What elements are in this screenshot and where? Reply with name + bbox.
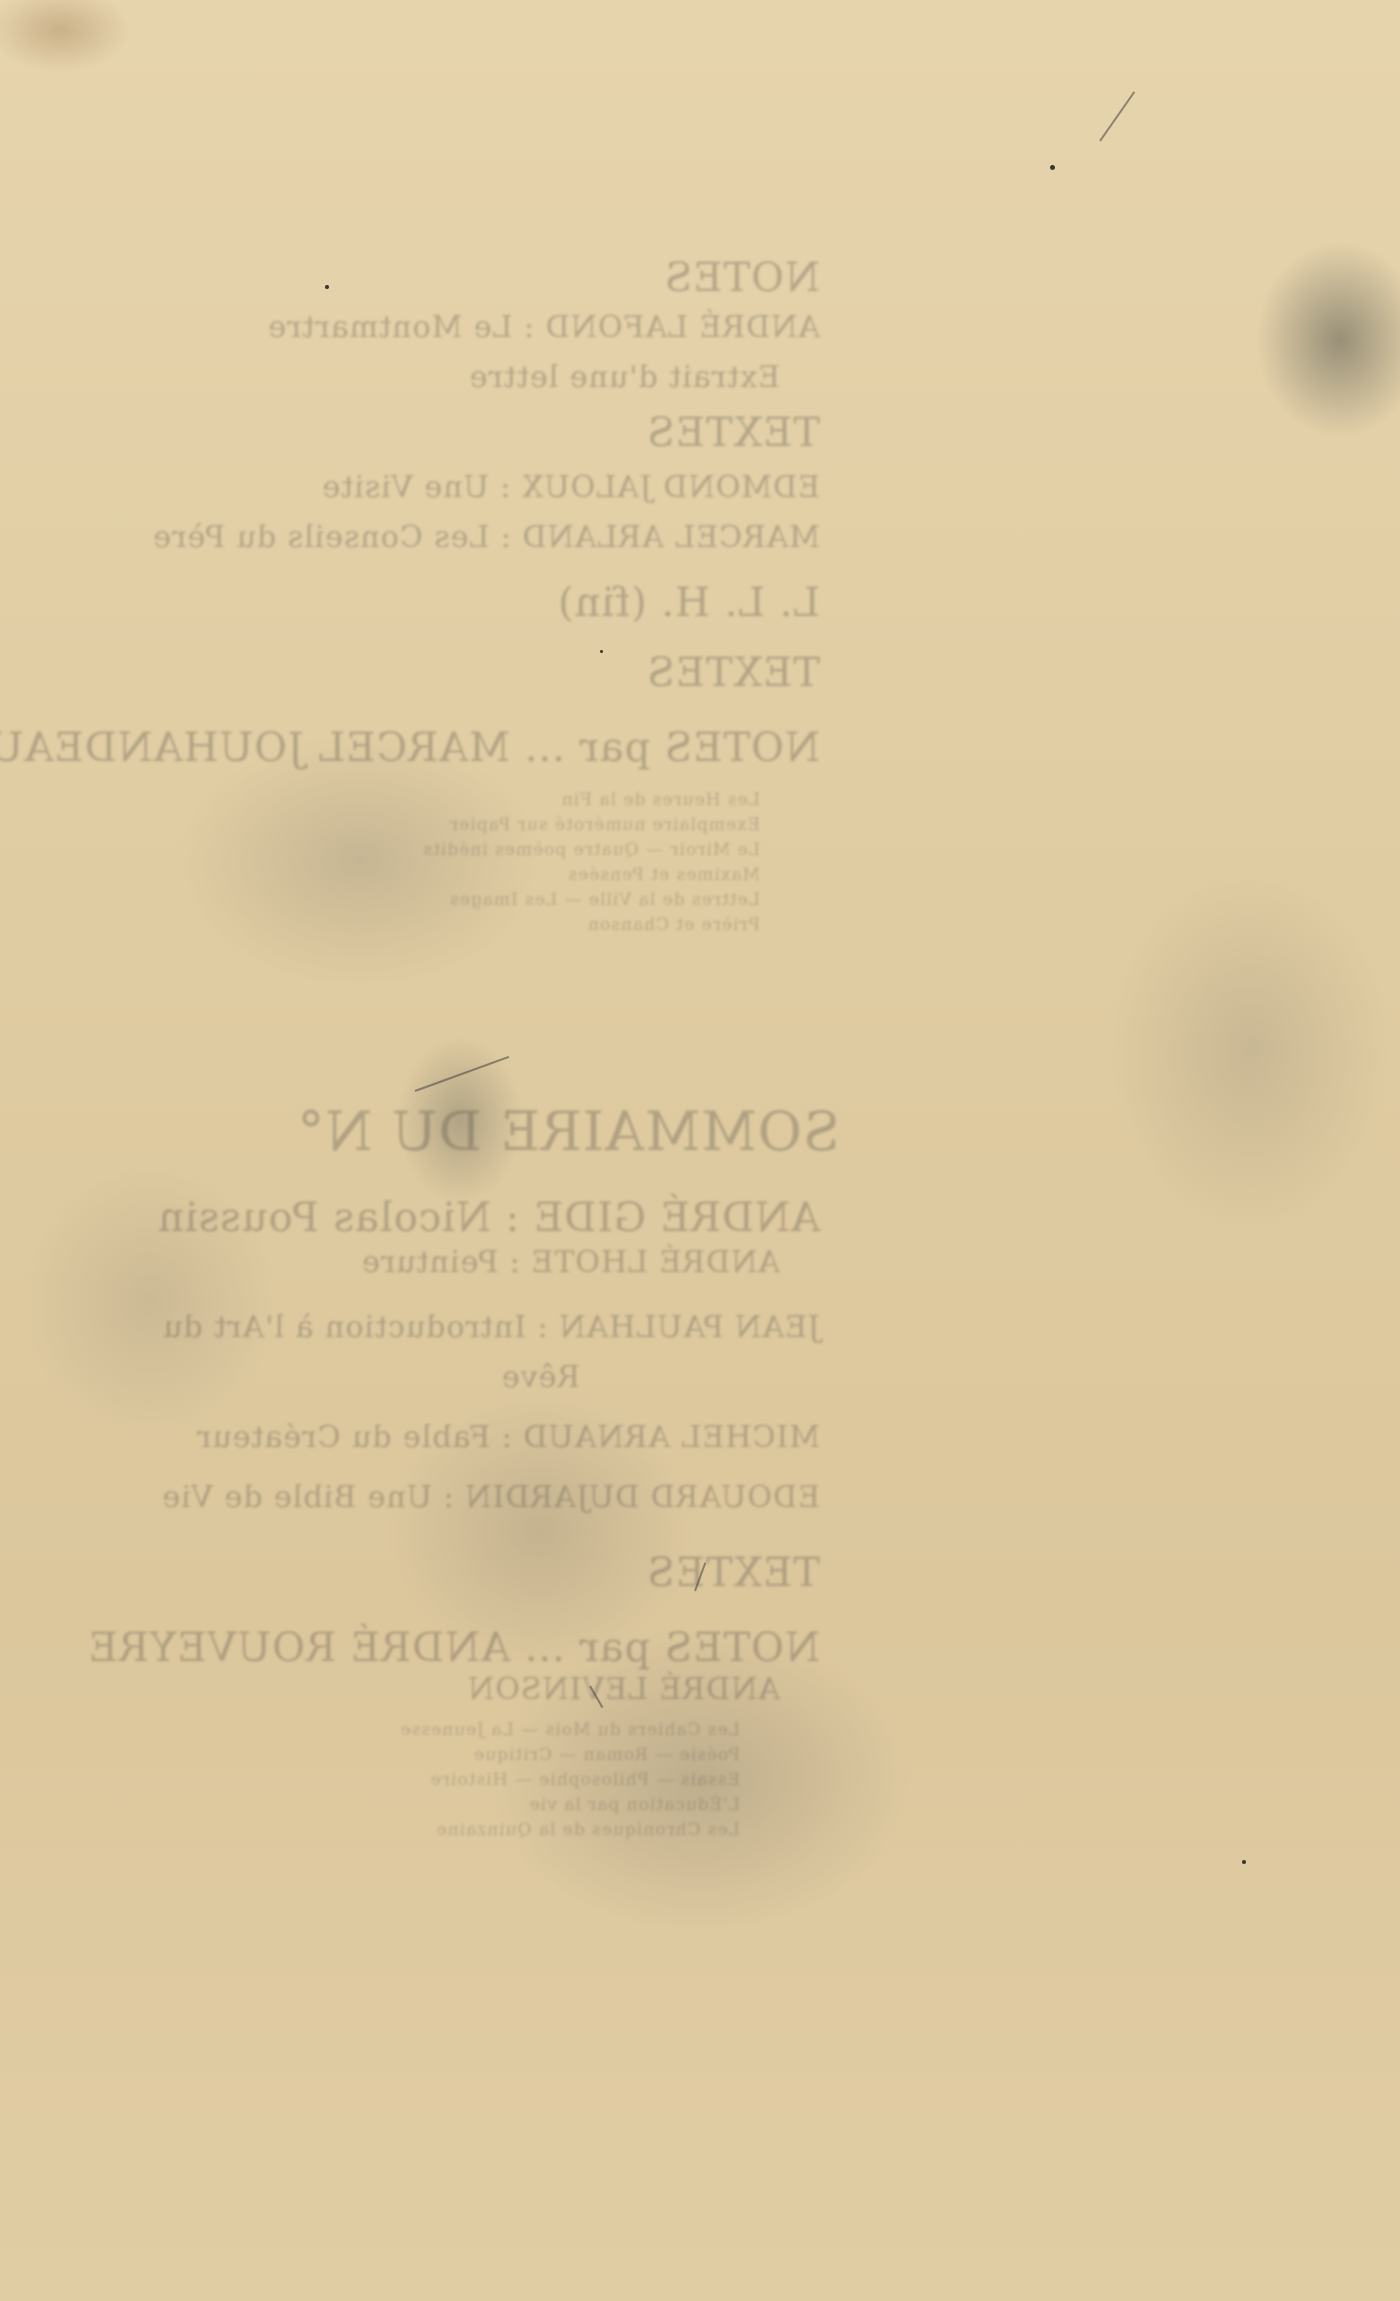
ghost-note: Essais — Philosophie — Histoire (430, 1770, 740, 1790)
ghost-line: MICHEL ARNAUD : Fable du Créateur (196, 1420, 820, 1455)
ghost-note: Maximes et Pensées (568, 865, 760, 885)
ghost-note: Les Cahiers du Mois — La Jeunesse (400, 1720, 740, 1740)
speck (1050, 165, 1055, 170)
ghost-line: EDMOND JALOUX : Une Visite (321, 470, 820, 505)
speck (600, 650, 603, 653)
ghost-note: Les Heures de la Fin (561, 790, 760, 810)
ghost-heading: SOMMAIRE DU N° (296, 1100, 840, 1163)
ghost-line: NOTES (664, 255, 820, 301)
ghost-line: TEXTES (646, 650, 820, 696)
ghost-line: TEXTES (646, 1550, 820, 1596)
ghost-note: Prière et Chanson (587, 915, 760, 935)
speck (325, 285, 329, 289)
show-through-text: NOTES ANDRÉ LAFOND : Le Montmartre Extra… (0, 0, 1400, 2301)
ghost-line: Extrait d'une lettre (469, 360, 780, 395)
speck (1242, 1860, 1246, 1864)
ghost-line: NOTES par ... ANDRÉ ROUVEYRE (88, 1625, 820, 1671)
ghost-line: EDOUARD DUJARDIN : Une Bible de Vie (162, 1480, 821, 1515)
ghost-line: TEXTES (646, 410, 820, 456)
ghost-line: ANDRÉ LAFOND : Le Montmartre (267, 310, 820, 345)
ghost-note: Le Miroir — Quatre poèmes inédits (422, 840, 760, 860)
ghost-note: L'Éducation par la vie (529, 1795, 740, 1815)
ghost-line: ANDRÉ LHOTE : Peinture (361, 1245, 780, 1280)
scanned-book-page: NOTES ANDRÉ LAFOND : Le Montmartre Extra… (0, 0, 1400, 2301)
ghost-line: ANDRÉ LEVINSON (467, 1672, 780, 1707)
ghost-line: JEAN PAULHAN : Introduction à l'Art du (162, 1310, 820, 1345)
ghost-note: Lettres de la Ville — Les Images (449, 890, 760, 910)
ghost-note: Poésie — Roman — Critique (473, 1745, 740, 1765)
ghost-line: NOTES par ... MARCEL JOUHANDEAU (0, 725, 820, 771)
ghost-line: L. L. H. (fin) (557, 580, 820, 626)
ghost-line: MARCEL ARLAND : Les Conseils du Père (152, 520, 820, 555)
ghost-line: ANDRÉ GIDE : Nicolas Poussin (157, 1195, 820, 1241)
ghost-note: Exemplaire numéroté sur Papier (449, 815, 760, 835)
ghost-line: Rêve (501, 1360, 580, 1395)
ghost-note: Les Chroniques de la Quinzaine (436, 1820, 740, 1840)
